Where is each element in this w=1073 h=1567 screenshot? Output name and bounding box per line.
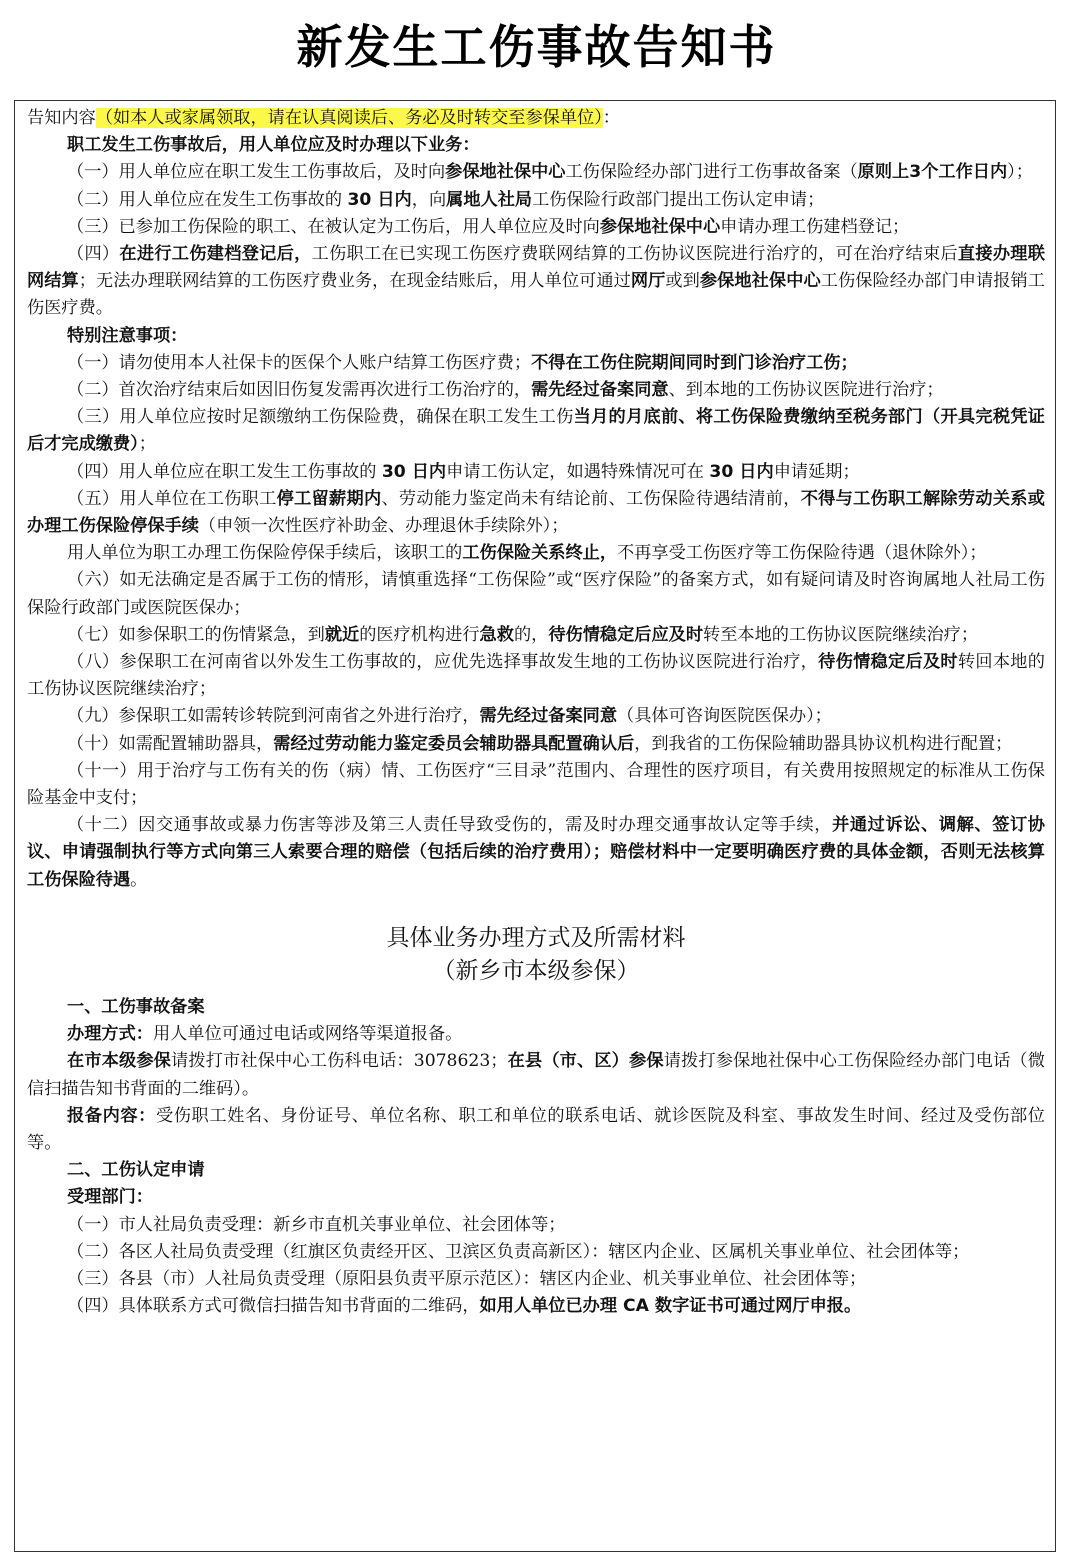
text: ，向 (412, 190, 446, 210)
list-item: （七）如参保职工的伤情紧急，到就近的医疗机构进行急救的，待伤情稳定后应及时转至本… (27, 622, 1045, 649)
bold-text: 需先经过备案同意 (531, 380, 669, 400)
bold-text: 参保地社保中心 (445, 162, 565, 182)
text: 工伤保险行政部门提出工伤认定申请； (532, 190, 824, 210)
list-item: （一）请勿使用本人社保卡的医保个人账户结算工伤医疗费；不得在工伤住院期间同时到门… (27, 350, 1045, 377)
text: 工伤保险经办部门进行工伤事故备案（ (565, 162, 857, 182)
text: 或到 (665, 271, 700, 291)
section-subtitle: （新乡市本级参保） (27, 955, 1045, 988)
list-item: （二）用人单位应在发生工伤事故的 30 日内，向属地人社局工伤保险行政部门提出工… (27, 187, 1045, 214)
text: 、到本地的工伤协议医院进行治疗； (669, 380, 944, 400)
tasks-heading: 职工发生工伤事故后，用人单位应及时办理以下业务： (27, 132, 1045, 159)
text: 申请工伤认定，如遇特殊情况可在 (446, 462, 709, 482)
text: （十）如需配置辅助器具， (67, 734, 273, 754)
text: （四） (67, 244, 119, 264)
text: （四）用人单位应在职工发生工伤事故的 (67, 462, 382, 482)
bold-text: 参保地社保中心 (600, 217, 720, 237)
bold-text: 就近 (325, 625, 359, 645)
section-title: 具体业务办理方式及所需材料 (27, 922, 1045, 955)
text: （具体可咨询医院医保办）； (617, 706, 832, 726)
text: （五）用人单位在工伤职工 (67, 489, 277, 509)
text: （一）请勿使用本人社保卡的医保个人账户结算工伤医疗费； (67, 353, 531, 373)
document-title: 新发生工伤事故告知书 (0, 12, 1073, 82)
bold-text: 在进行工伤建档登记后， (119, 244, 311, 264)
part1-method: 办理方式：用人单位可通过电话或网络等渠道报备。 (27, 1021, 1045, 1048)
bold-text: 待伤情稳定后应及时 (548, 625, 703, 645)
bold-text: 网厅 (631, 271, 666, 291)
part1-content: 报备内容：受伤职工姓名、身份证号、单位名称、职工和单位的联系电话、就诊医院及科室… (27, 1103, 1045, 1157)
text: （三）已参加工伤保险的职工、在被认定为工伤后，用人单位应及时向 (67, 217, 600, 237)
text: 请拨打市社保中心工伤科电话：3078623； (171, 1051, 507, 1071)
text: 用人单位为职工办理工伤保险停保手续后，该职工的 (67, 543, 462, 563)
text: 工伤职工在已实现工伤医疗费联网结算的工伤协议医院进行治疗的，可在治疗结束后 (312, 244, 958, 264)
text: ；无法办理联网结算的工伤医疗费业务，在现金结账后，用人单位可通过 (79, 271, 631, 291)
list-item: （十二）因交通事故或暴力伤害等涉及第三人责任导致受伤的，需及时办理交通事故认定等… (27, 812, 1045, 894)
part1-heading: 一、工伤事故备案 (27, 994, 1045, 1021)
text: （七）如参保职工的伤情紧急，到 (67, 625, 325, 645)
part1-contact: 在市本级参保请拨打市社保中心工伤科电话：3078623；在县（市、区）参保请拨打… (27, 1048, 1045, 1102)
bold-text: 如用人单位已办理 CA 数字证书可通过网厅申报。 (480, 1296, 862, 1316)
bold-text: 在市本级参保 (67, 1051, 171, 1071)
bold-text: 30 日内 (382, 462, 446, 482)
notice-tail: ： (603, 108, 620, 128)
part2-list: （一）市人社局负责受理：新乡市直机关事业单位、社会团体等；（二）各区人社局负责受… (27, 1212, 1045, 1321)
text: （二）用人单位应在发生工伤事故的 (67, 190, 347, 210)
bold-text: 参保地社保中心 (700, 271, 821, 291)
text: 申请延期； (774, 462, 860, 482)
text: （八）参保职工在河南省以外发生工伤事故的，应优先选择事故发生地的工伤协议医院进行… (67, 652, 818, 672)
list-item: （三）各县（市）人社局负责受理（原阳县负责平原示范区）：辖区内企业、机关事业单位… (27, 1266, 1045, 1293)
text: （申领一次性医疗补助金、办理退休手续除外）； (199, 516, 569, 536)
list-item: （十）如需配置辅助器具，需经过劳动能力鉴定委员会辅助器具配置确认后，到我省的工伤… (27, 731, 1045, 758)
part2-heading: 二、工伤认定申请 (27, 1157, 1045, 1184)
bold-text: 停工留薪期内 (277, 489, 382, 509)
list-item: （二）各区人社局负责受理（红旗区负责经开区、卫滨区负责高新区）：辖区内企业、区属… (27, 1239, 1045, 1266)
text: （四）具体联系方式可微信扫描告知书背面的二维码， (67, 1296, 480, 1316)
list-item: （四）用人单位应在职工发生工伤事故的 30 日内申请工伤认定，如遇特殊情况可在 … (27, 459, 1045, 486)
method-label: 办理方式： (67, 1024, 153, 1044)
special-list: （一）请勿使用本人社保卡的医保个人账户结算工伤医疗费；不得在工伤住院期间同时到门… (27, 350, 1045, 894)
text: （二）各区人社局负责受理（红旗区负责经开区、卫滨区负责高新区）：辖区内企业、区属… (67, 1242, 969, 1262)
list-item: （八）参保职工在河南省以外发生工伤事故的，应优先选择事故发生地的工伤协议医院进行… (27, 649, 1045, 703)
bold-text: 急救 (480, 625, 514, 645)
text: 不再享受工伤医疗等工伤保险待遇（退休除外）； (617, 543, 987, 563)
text: （六）如无法确定是否属于工伤的情形，请慎重选择“工伤保险”或“医疗保险”的备案方… (27, 570, 1045, 617)
list-item: （四）在进行工伤建档登记后，工伤职工在已实现工伤医疗费联网结算的工伤协议医院进行… (27, 241, 1045, 323)
bold-text: 30 日内 (347, 190, 411, 210)
method-text: 用人单位可通过电话或网络等渠道报备。 (153, 1024, 462, 1044)
bold-text: 需经过劳动能力鉴定委员会辅助器具配置确认后 (273, 734, 634, 754)
special-heading: 特别注意事项： (27, 323, 1045, 350)
list-item: 用人单位为职工办理工伤保险停保手续后，该职工的工伤保险关系终止，不再享受工伤医疗… (27, 540, 1045, 567)
bold-text: 需先经过备案同意 (480, 706, 618, 726)
notice-box: 告知内容（如本人或家属领取，请在认真阅读后、务必及时转交至参保单位）： 职工发生… (14, 100, 1056, 1552)
text: （三）各县（市）人社局负责受理（原阳县负责平原示范区）：辖区内企业、机关事业单位… (67, 1269, 866, 1289)
text: ，到我省的工伤保险辅助器具协议机构进行配置； (634, 734, 1012, 754)
text: ； (139, 434, 156, 454)
list-item: （四）具体联系方式可微信扫描告知书背面的二维码，如用人单位已办理 CA 数字证书… (27, 1293, 1045, 1320)
bold-text: 30 日内 (709, 462, 773, 482)
list-item: （一）市人社局负责受理：新乡市直机关事业单位、社会团体等； (27, 1212, 1045, 1239)
bold-text: 在县（市、区）参保 (508, 1051, 664, 1071)
text: 的医疗机构进行 (359, 625, 479, 645)
text: （九）参保职工如需转诊转院到河南省之外进行治疗， (67, 706, 480, 726)
text: （二）首次治疗结束后如因旧伤复发需再次进行工伤治疗的， (67, 380, 531, 400)
text: 转至本地的工伤协议医院继续治疗； (703, 625, 978, 645)
notice-highlight: （如本人或家属领取，请在认真阅读后、务必及时转交至参保单位） (96, 108, 603, 128)
text: 申请办理工伤建档登记； (720, 217, 909, 237)
text: ）； (1007, 162, 1033, 182)
list-item: （九）参保职工如需转诊转院到河南省之外进行治疗，需先经过备案同意（具体可咨询医院… (27, 703, 1045, 730)
list-item: （一）用人单位应在职工发生工伤事故后，及时向参保地社保中心工伤保险经办部门进行工… (27, 159, 1045, 186)
bold-text: 工伤保险关系终止， (462, 543, 617, 563)
list-item: （十一）用于治疗与工伤有关的伤（病）情、工伤医疗“三目录”范围内、合理性的医疗项… (27, 758, 1045, 812)
notice-line: 告知内容（如本人或家属领取，请在认真阅读后、务必及时转交至参保单位）： (27, 105, 1045, 132)
text: 的， (514, 625, 548, 645)
list-item: （五）用人单位在工伤职工停工留薪期内、劳动能力鉴定尚未有结论前、工伤保险待遇结清… (27, 486, 1045, 540)
part2-dept-label: 受理部门： (27, 1184, 1045, 1211)
tasks-list: （一）用人单位应在职工发生工伤事故后，及时向参保地社保中心工伤保险经办部门进行工… (27, 159, 1045, 322)
text: 。 (130, 870, 147, 890)
bold-text: 原则上3个工作日内 (858, 162, 1007, 182)
bold-text: 属地人社局 (446, 190, 532, 210)
bold-text: 待伤情稳定后及时 (818, 652, 958, 672)
text: （三）用人单位应按时足额缴纳工伤保险费，确保在职工发生工伤 (67, 407, 574, 427)
text: （一）市人社局负责受理：新乡市直机关事业单位、社会团体等； (67, 1215, 565, 1235)
notice-label: 告知内容 (27, 108, 96, 128)
text: 、劳动能力鉴定尚未有结论前、工伤保险待遇结清前， (381, 489, 800, 509)
text: （一）用人单位应在职工发生工伤事故后，及时向 (67, 162, 445, 182)
content-text: 受伤职工姓名、身份证号、单位名称、职工和单位的联系电话、就诊医院及科室、事故发生… (27, 1106, 1045, 1153)
list-item: （二）首次治疗结束后如因旧伤复发需再次进行工伤治疗的，需先经过备案同意、到本地的… (27, 377, 1045, 404)
bold-text: 不得在工伤住院期间同时到门诊治疗工伤； (531, 353, 858, 373)
content-label: 报备内容： (67, 1106, 156, 1126)
list-item: （三）用人单位应按时足额缴纳工伤保险费，确保在职工发生工伤当月的月底前、将工伤保… (27, 404, 1045, 458)
text: （十二）因交通事故或暴力伤害等涉及第三人责任导致受伤的，需及时办理交通事故认定等… (67, 815, 832, 835)
text: （十一）用于治疗与工伤有关的伤（病）情、工伤医疗“三目录”范围内、合理性的医疗项… (27, 761, 1045, 808)
list-item: （三）已参加工伤保险的职工、在被认定为工伤后，用人单位应及时向参保地社保中心申请… (27, 214, 1045, 241)
list-item: （六）如无法确定是否属于工伤的情形，请慎重选择“工伤保险”或“医疗保险”的备案方… (27, 567, 1045, 621)
